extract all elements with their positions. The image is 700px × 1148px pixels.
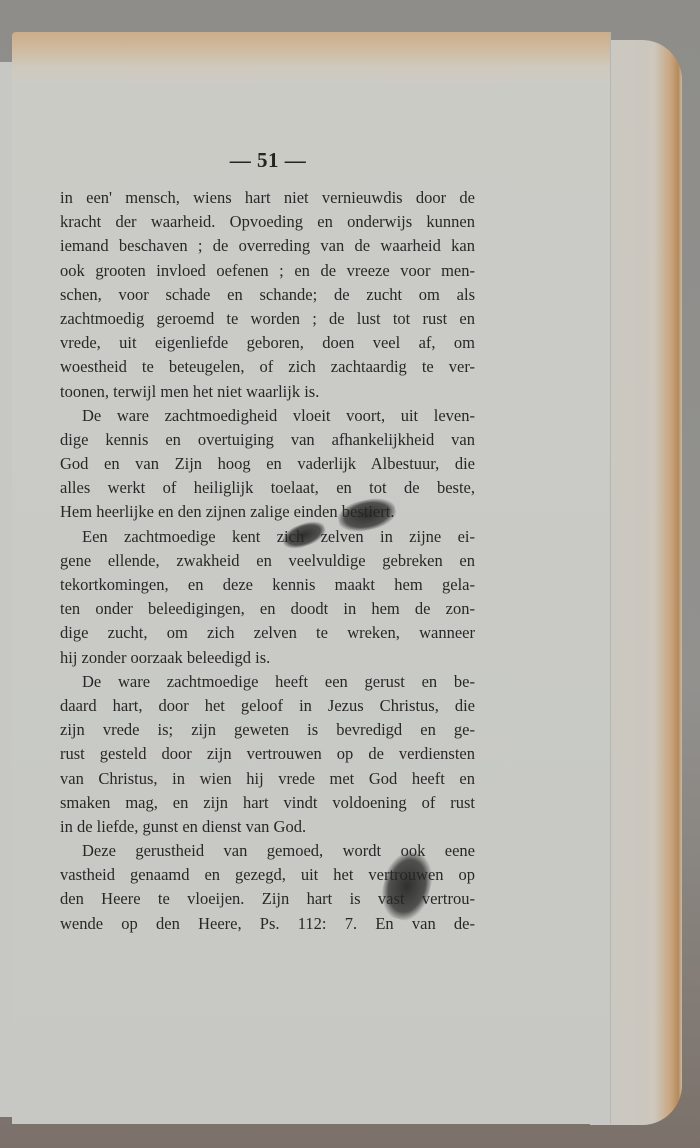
text-line: daard hart, door het geloof in Jezus Chr… (60, 694, 475, 718)
text-line: ook grooten invloed oefenen ; en de vree… (60, 259, 475, 283)
photo-background: — 51 — in een' mensch, wiens hart niet v… (0, 0, 700, 1148)
text-line: smaken mag, en zijn hart vindt voldoenin… (60, 791, 475, 815)
text-line-paragraph-start: Deze gerustheid van gemoed, wordt ook ee… (60, 839, 475, 863)
text-line-paragraph-start: Een zachtmoedige kent zich zelven in zij… (60, 525, 475, 549)
text-line: in een' mensch, wiens hart niet vernieuw… (60, 186, 475, 210)
text-line-paragraph-end: toonen, terwijl men het niet waarlijk is… (60, 380, 475, 404)
text-line: van Christus, in wien hij vrede met God … (60, 767, 475, 791)
text-line-paragraph-start: De ware zachtmoedigheid vloeit voort, ui… (60, 404, 475, 428)
text-line: vrede, uit eigenliefde geboren, doen vee… (60, 331, 475, 355)
body-text: in een' mensch, wiens hart niet vernieuw… (60, 186, 475, 936)
text-line: vastheid genaamd en gezegd, uit het vert… (60, 863, 475, 887)
text-line: ten onder beleedigingen, en doodt in hem… (60, 597, 475, 621)
text-line: tekortkomingen, en deze kennis maakt hem… (60, 573, 475, 597)
text-line-paragraph-start: De ware zachtmoedige heeft een gerust en… (60, 670, 475, 694)
text-line: kracht der waarheid. Opvoeding en onderw… (60, 210, 475, 234)
text-line-paragraph-end: hij zonder oorzaak beleedigd is. (60, 646, 475, 670)
text-line: iemand beschaven ; de overreding van de … (60, 234, 475, 258)
text-line: den Heere te vloeijen. Zijn hart is vast… (60, 887, 475, 911)
text-line: woestheid te beteugelen, of zich zachtaa… (60, 355, 475, 379)
text-line: alles werkt of heiliglijk toelaat, en to… (60, 476, 475, 500)
text-line: schen, voor schade en schande; de zucht … (60, 283, 475, 307)
text-line: dige kennis en overtuiging van afhankeli… (60, 428, 475, 452)
text-line-paragraph-end: in de liefde, gunst en dienst van God. (60, 815, 475, 839)
text-line: zijn vrede is; zijn geweten is bevredigd… (60, 718, 475, 742)
text-line-paragraph-end: Hem heerlijke en den zijnen zalige einde… (60, 500, 475, 524)
text-line: rust gesteld door zijn vertrouwen op de … (60, 742, 475, 766)
page-number: — 51 — (208, 148, 328, 173)
text-line: dige zucht, om zich zelven te wreken, wa… (60, 621, 475, 645)
text-line: God en van Zijn hoog en vaderlijk Albest… (60, 452, 475, 476)
text-line: wende op den Heere, Ps. 112: 7. En van d… (60, 912, 475, 936)
text-line: zachtmoedig geroemd te worden ; de lust … (60, 307, 475, 331)
text-line: gene ellende, zwakheid en veelvuldige ge… (60, 549, 475, 573)
